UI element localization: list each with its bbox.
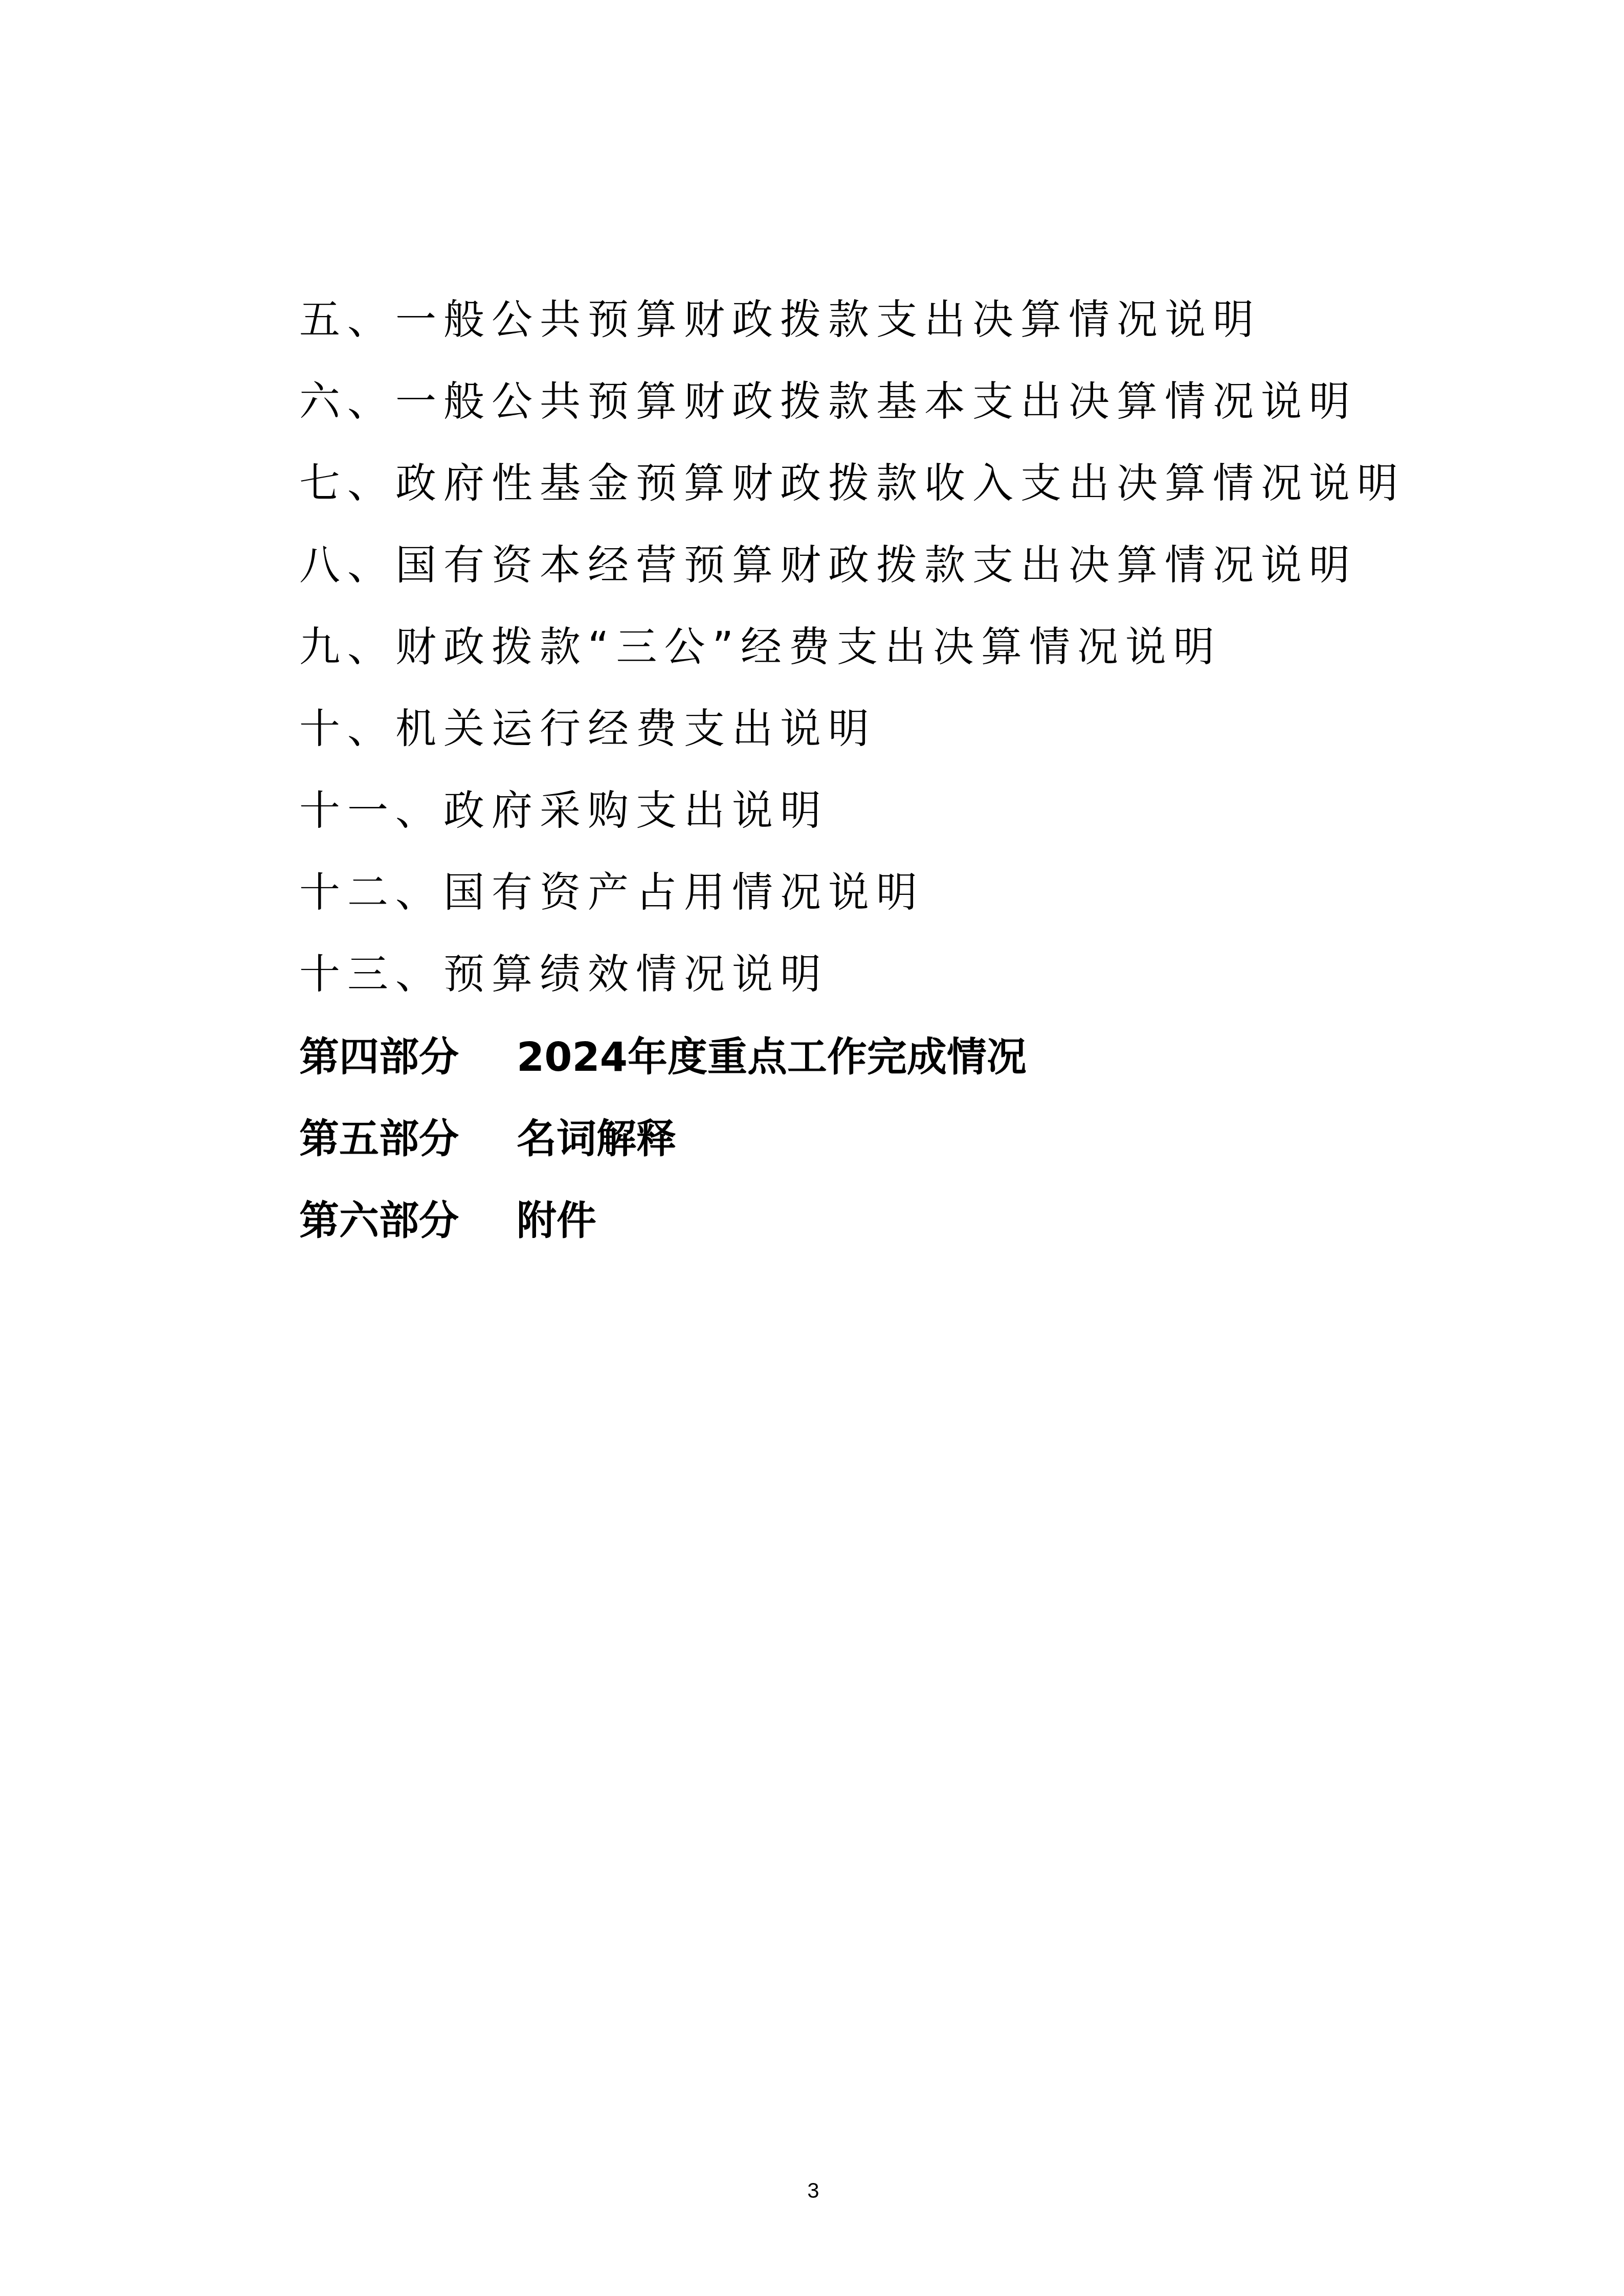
toc-item-section-8: 八、国有资本经营预算财政拨款支出决算情况说明 bbox=[299, 537, 1357, 593]
toc-item-section-5: 五、一般公共预算财政拨款支出决算情况说明 bbox=[299, 291, 1261, 348]
toc-item-section-6: 六、一般公共预算财政拨款基本支出决算情况说明 bbox=[299, 373, 1357, 430]
toc-item-part-4: 第四部分2024年度重点工作完成情况 bbox=[299, 1029, 1027, 1086]
part-title: 2024年度重点工作完成情况 bbox=[517, 1034, 1027, 1081]
toc-item-part-6: 第六部分附件 bbox=[299, 1193, 596, 1249]
page-number: 3 bbox=[798, 2178, 829, 2203]
part-number-label: 第六部分 bbox=[299, 1193, 517, 1249]
toc-item-section-11: 十一、政府采购支出说明 bbox=[299, 782, 828, 839]
part-title: 附件 bbox=[517, 1198, 596, 1244]
toc-item-section-13: 十三、预算绩效情况说明 bbox=[299, 946, 828, 1002]
toc-item-section-10: 十、机关运行经费支出说明 bbox=[299, 701, 876, 757]
toc-item-section-12: 十二、国有资产占用情况说明 bbox=[299, 864, 924, 920]
toc-item-section-9: 九、财政拨款“三公”经费支出决算情况说明 bbox=[299, 619, 1221, 675]
document-page: 五、一般公共预算财政拨款支出决算情况说明 六、一般公共预算财政拨款基本支出决算情… bbox=[0, 0, 1624, 2296]
toc-item-part-5: 第五部分名词解释 bbox=[299, 1111, 676, 1167]
part-title: 名词解释 bbox=[517, 1116, 676, 1162]
toc-item-section-7: 七、政府性基金预算财政拨款收入支出决算情况说明 bbox=[299, 455, 1405, 511]
part-number-label: 第四部分 bbox=[299, 1029, 517, 1086]
part-number-label: 第五部分 bbox=[299, 1111, 517, 1167]
